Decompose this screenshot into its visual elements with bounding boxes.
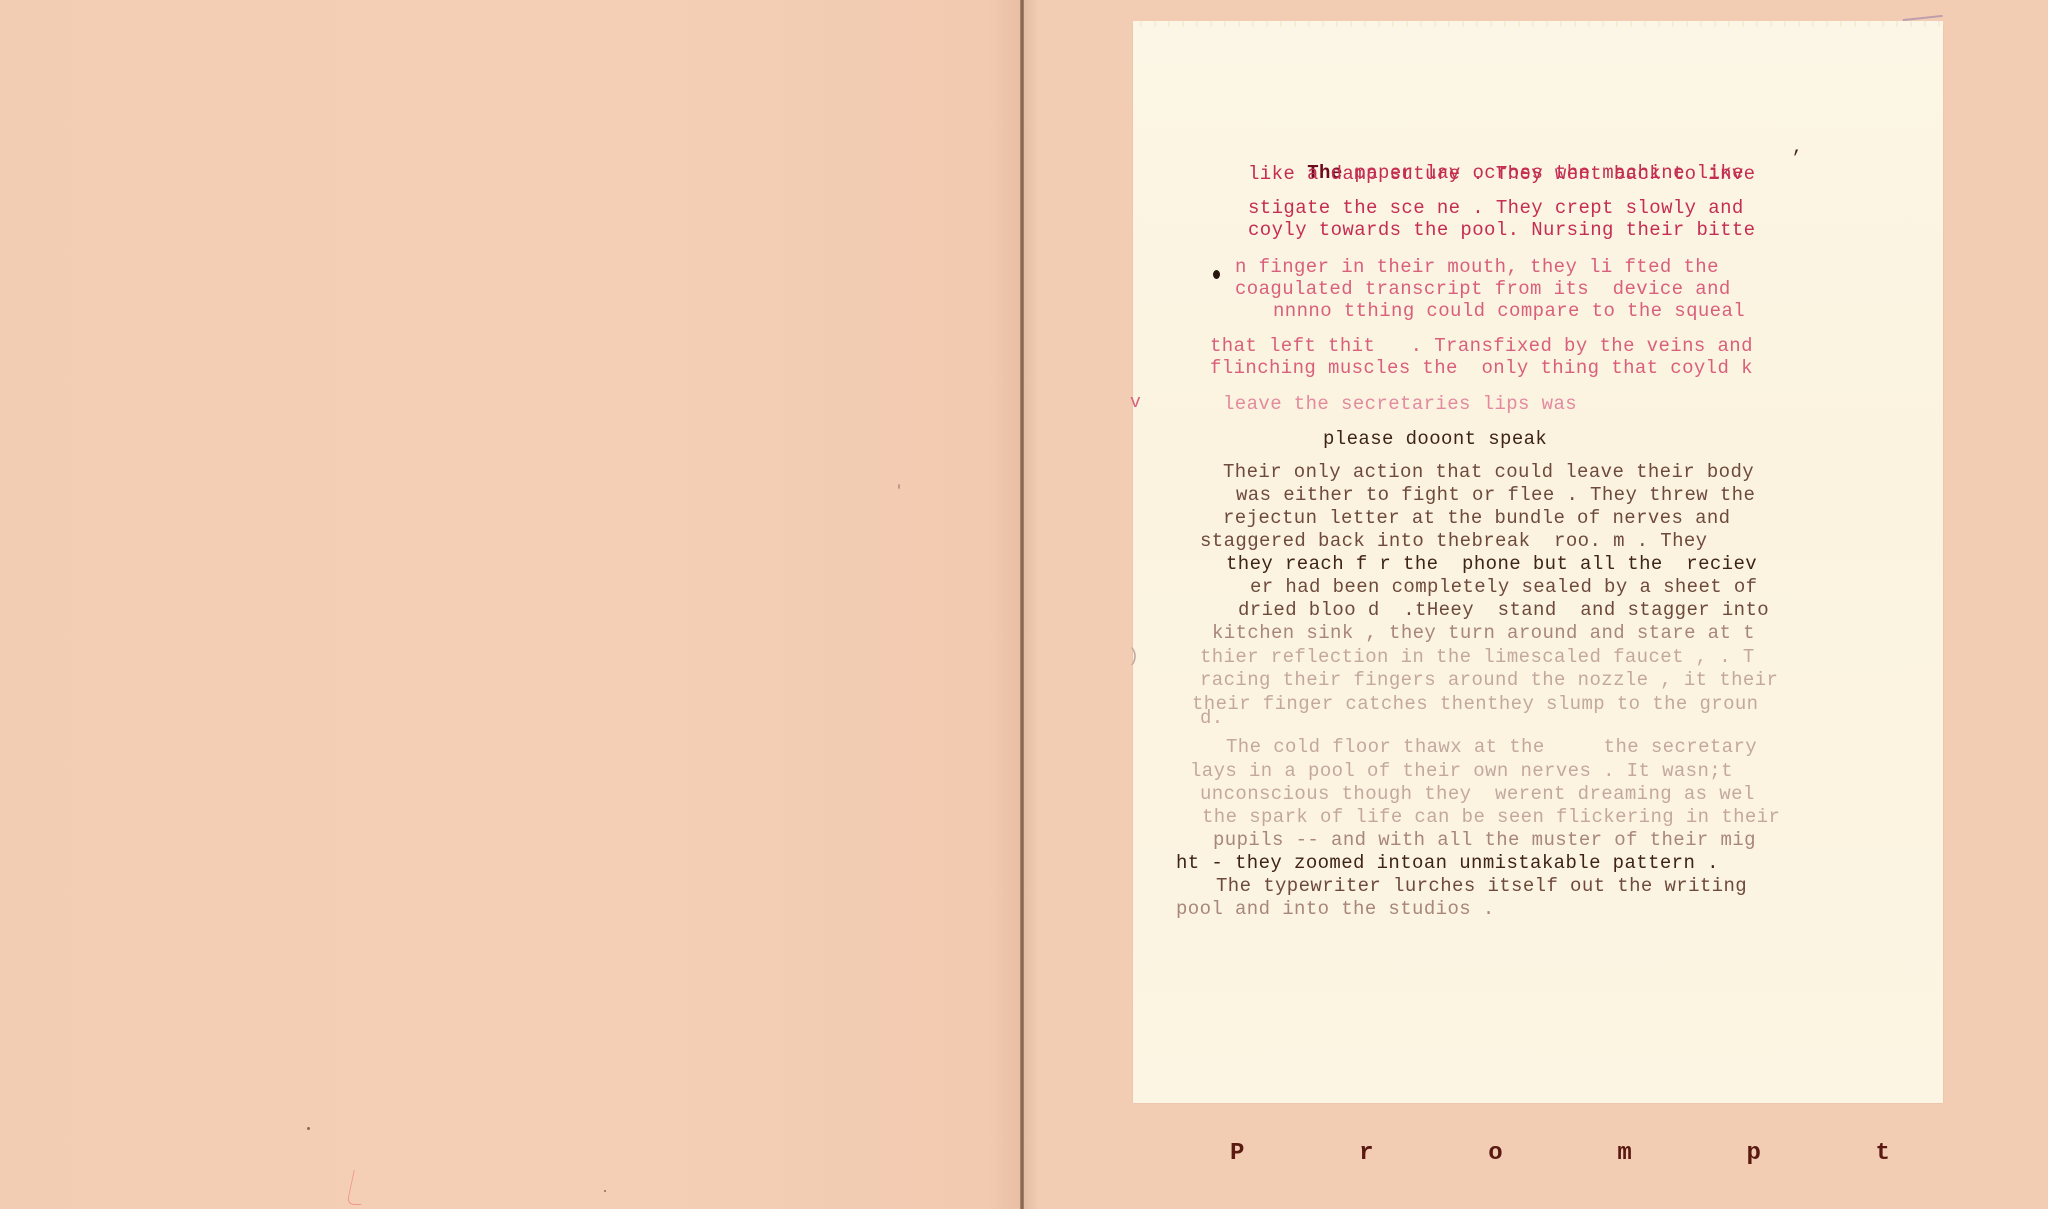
title-letter: t <box>1876 1140 1890 1167</box>
typed-line: coyly towards the pool. Nursing their bi… <box>1248 219 1755 241</box>
typed-line: they reach f r the phone but all the rec… <box>1226 553 1757 575</box>
torn-edge <box>1133 21 1943 27</box>
typed-line: coagulated transcript from its device an… <box>1235 278 1731 300</box>
spine-shadow <box>1024 0 1038 1209</box>
typed-line: was either to fight or flee . They threw… <box>1236 484 1755 506</box>
stray-paren-mark: ) <box>1128 647 1139 667</box>
title-letter: p <box>1746 1140 1760 1167</box>
typed-line: that left thit . Transfixed by the veins… <box>1210 335 1753 357</box>
paper-speck <box>898 484 900 489</box>
typed-line: staggered back into thebreak roo. m . Th… <box>1200 530 1707 552</box>
title-letter: o <box>1488 1140 1502 1167</box>
typed-line: racing their fingers around the nozzle ,… <box>1200 669 1778 691</box>
typed-line: pool and into the studios . <box>1176 898 1495 920</box>
book-spread: The paper lay ocross the machine like , … <box>0 0 2048 1209</box>
typed-line: kitchen sink , they turn around and star… <box>1212 622 1755 644</box>
zine-title-prompt: P r o m p t <box>1230 1140 1890 1167</box>
typed-line: lays in a pool of their own nerves . It … <box>1190 760 1733 782</box>
typed-line: unconscious though they werent dreaming … <box>1200 783 1755 805</box>
stray-v-mark: v <box>1130 393 1141 413</box>
stray-comma-mark: , <box>1792 138 1803 158</box>
paper-speck <box>307 1127 310 1130</box>
paper-speck <box>604 1190 606 1192</box>
typed-line: rejectun letter at the bundle of nerves … <box>1223 507 1730 529</box>
typed-line: thier reflection in the limescaled fauce… <box>1200 646 1755 668</box>
typed-line: er had been completely sealed by a sheet… <box>1250 576 1757 598</box>
title-letter: P <box>1230 1140 1244 1167</box>
left-page <box>0 0 1020 1209</box>
pink-scratch-mark <box>346 1170 368 1205</box>
title-letter: m <box>1617 1140 1631 1167</box>
typed-line: Their only action that could leave their… <box>1223 461 1754 483</box>
ink-blot <box>1213 270 1220 279</box>
typed-line: flinching muscles the only thing that co… <box>1210 357 1753 379</box>
typed-line: stigate the sce ne . They crept slowly a… <box>1248 197 1744 219</box>
typed-line: n finger in their mouth, they li fted th… <box>1235 256 1719 278</box>
typed-line-emphasis: please dooont speak <box>1323 428 1547 450</box>
typed-line: like a damp suture . They went back to i… <box>1248 163 1755 185</box>
typed-line: nnnno tthing could compare to the squeal <box>1273 300 1745 322</box>
typed-line: The typewriter lurches itself out the wr… <box>1216 875 1747 897</box>
typed-line: pupils -- and with all the muster of the… <box>1213 829 1756 851</box>
typed-line: leave the secretaries lips was <box>1223 393 1577 415</box>
typed-line: their finger catches thenthey slump to t… <box>1192 693 1759 715</box>
typed-line: the spark of life can be seen flickering… <box>1202 806 1780 828</box>
typed-line: dried bloo d .tHeey stand and stagger in… <box>1238 599 1769 621</box>
title-letter: r <box>1359 1140 1373 1167</box>
typed-line: The cold floor thawx at the the secretar… <box>1226 736 1757 758</box>
typed-line: d. <box>1200 707 1224 729</box>
typed-line: ht - they zoomed intoan unmistakable pat… <box>1176 852 1719 874</box>
